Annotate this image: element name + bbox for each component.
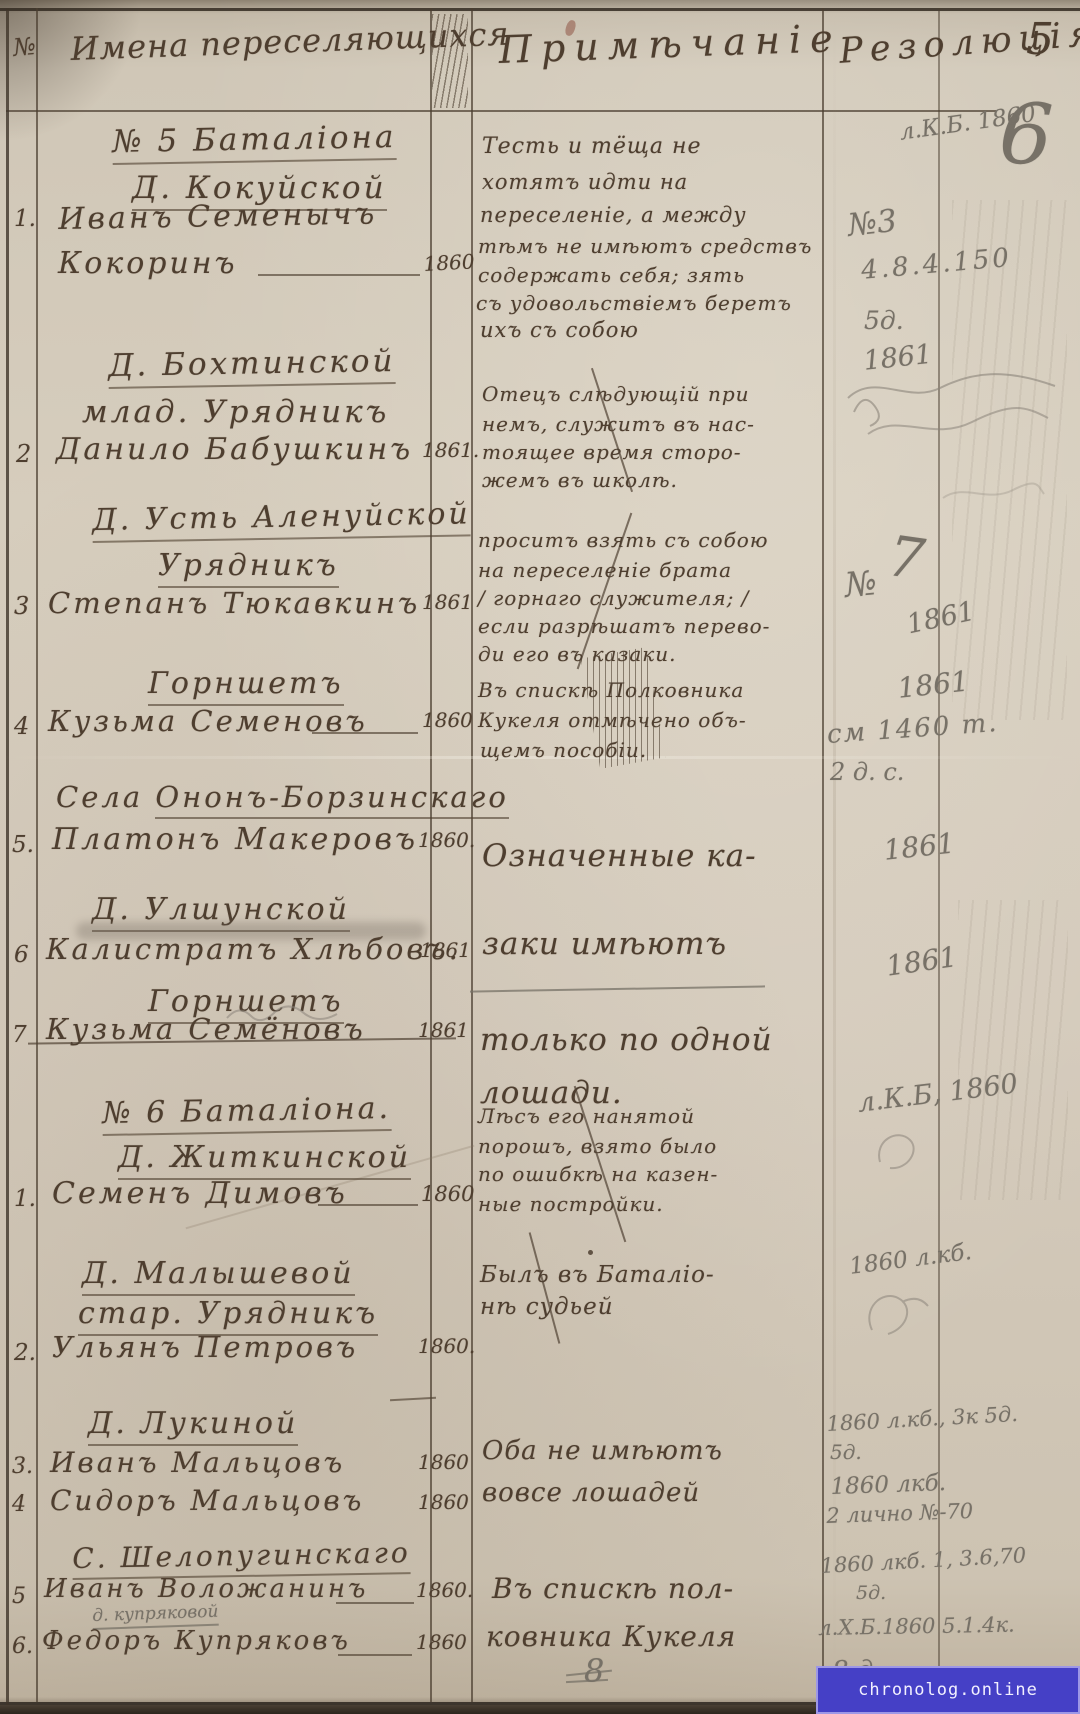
resolution-note: 1860 лкб. [830, 1470, 946, 1500]
resolution-note: 7 [884, 524, 928, 593]
note-line: Въ спискѣ пол- [492, 1572, 734, 1605]
entry-year: 1861 [420, 938, 471, 962]
entry-name: Федоръ Купряковъ [42, 1626, 351, 1656]
section-heading: № 6 Баталіона. [102, 1091, 391, 1136]
resolution-note: №3 [846, 203, 899, 244]
entry-number: 1. [14, 1186, 36, 1212]
resolution-note: 5д. [856, 1582, 886, 1604]
table-rule [6, 8, 9, 1705]
note-line: ∕ горнаго служителя; ∕ [478, 586, 749, 610]
note-line: только по одной [480, 1022, 773, 1058]
note-line: съ удовольствіемъ беретъ [476, 291, 792, 315]
rank-heading: Урядникъ [158, 548, 339, 588]
resolution-note: л.Х.Б.1860 5.1.4к. [818, 1613, 1015, 1640]
entry-name: Платонъ Макеровъ [52, 822, 418, 857]
entry-name: Сидоръ Мальцовъ [50, 1484, 364, 1517]
village-name: Ононъ-Борзинскаго [155, 780, 508, 819]
entry-name: Калистратъ Хлѣбовъ. [46, 932, 461, 966]
entry-name: Данило Бабушкинъ [56, 432, 413, 467]
ink-dot [588, 1250, 593, 1255]
resolution-note: см 1460 т. [826, 708, 999, 750]
strike-mark [529, 1232, 561, 1344]
page-number-ink: 5 [1026, 14, 1054, 65]
resolution-note: 2 д. с. [830, 758, 904, 786]
entry-number: 5. [12, 832, 34, 858]
note-line: хотятъ идти на [482, 170, 688, 194]
table-rule [6, 110, 996, 112]
entry-year: 1860 [418, 1490, 469, 1514]
note-line: немъ, служитъ въ нас- [482, 412, 755, 436]
resolution-note: 2 лично №-70 [826, 1499, 974, 1528]
pencil-line [470, 985, 765, 992]
entry-number: 1. [14, 206, 36, 232]
village-heading: Д. Усть Аленуйской [92, 496, 471, 543]
note-line: содержать себя; зять [478, 263, 745, 287]
table-rule [36, 8, 38, 1702]
village-heading: Села Ононъ-Борзинскаго [56, 780, 509, 814]
table-rule [0, 8, 1080, 11]
entry-number: 6. [12, 1634, 33, 1659]
entry-name: Иванъ Семенычъ [58, 196, 378, 237]
watermark: chronolog.online [816, 1666, 1080, 1714]
entry-number: 5 [12, 1584, 26, 1609]
ink-bleed [958, 900, 1068, 1200]
entry-year: 1860 [423, 249, 475, 276]
ink-dash [336, 1602, 414, 1604]
entry-year: 1860 [421, 1182, 474, 1206]
column-header-notes: Примѣчаніе [498, 16, 842, 72]
village-heading: Горншетъ [148, 666, 344, 706]
entry-name: Кокоринъ [58, 246, 238, 281]
note-line: ковника Кукеля [486, 1620, 736, 1653]
entry-year: 1860. [418, 828, 475, 852]
entry-name: Ульянъ Петровъ [52, 1330, 358, 1364]
entry-name: Иванъ Мальцовъ [50, 1446, 345, 1479]
resolution-note: 1860 л.кб., 3к 5д. [826, 1402, 1018, 1436]
note-line: по ошибкѣ на казен- [478, 1162, 718, 1186]
resolution-note: 1861 [882, 827, 956, 867]
table-rule [822, 8, 824, 1702]
ink-bleed [952, 200, 1067, 720]
entry-number: 4 [12, 1492, 26, 1517]
village-heading: Д. Лукиной [88, 1406, 298, 1446]
note-line: заки имѣютъ [482, 926, 727, 962]
entry-year: 1860. [418, 1334, 475, 1358]
pencil-scribble [868, 1122, 938, 1177]
note-line: ихъ съ собою [480, 318, 639, 342]
village-prefix: Села [56, 780, 143, 814]
entry-name: Степанъ Тюкавкинъ [48, 586, 420, 620]
column-header-number: № [12, 32, 37, 62]
note-line: переселеніе, а между [480, 203, 747, 227]
resolution-note: 1861 [884, 940, 959, 983]
village-heading: Д. Бохтинской [108, 343, 396, 389]
entry-year: 1861 [422, 590, 473, 614]
scanned-register-page: № Имена переселяющихся Примѣчаніе Резолю… [0, 0, 1080, 1714]
entry-number: 3. [12, 1454, 33, 1479]
note-line: Отецъ слѣдующій при [482, 382, 750, 406]
note-line: ные постройки. [478, 1192, 664, 1216]
entry-year: 1860. [416, 1578, 473, 1602]
entry-name: Иванъ Воложанинъ [44, 1574, 368, 1604]
entry-number: 7 [12, 1022, 27, 1048]
ink-dash [312, 732, 418, 734]
resolution-note: № [843, 563, 879, 606]
resolution-note: 1860 лкб. 1, 3.6,70 [820, 1543, 1027, 1578]
entry-number: 2. [14, 1340, 36, 1366]
resolution-note: 5д. [830, 1440, 862, 1464]
column-header-vertical-text [432, 14, 468, 108]
entry-year: 1861. [422, 438, 479, 462]
note-line: Оба не имѣютъ [482, 1436, 723, 1466]
note-line: вовсе лошадей [482, 1478, 700, 1508]
entry-name: Семенъ Димовъ [52, 1176, 348, 1211]
entry-year: 1860 [416, 1630, 467, 1654]
note-line: если разрѣшатъ перево- [478, 614, 770, 638]
entry-year: 1860 [422, 708, 473, 732]
resolution-note: 1860 л.кб. [848, 1239, 973, 1280]
watermark-text: chronolog.online [858, 1680, 1038, 1700]
village-heading: Д. Житкинской [118, 1140, 411, 1180]
rank-heading: млад. Урядникъ [82, 394, 389, 430]
ink-dash [318, 1204, 418, 1206]
entry-number: 6 [14, 942, 29, 968]
resolution-note: 5д. [864, 306, 904, 335]
ink-dash [338, 1654, 412, 1656]
note-line: тоящее время сторо- [482, 440, 742, 464]
pencil-scribble [938, 478, 1048, 508]
entry-number: 2 [16, 440, 31, 468]
note-line: Означенные ка- [482, 838, 757, 874]
section-heading: № 5 Баталіона [112, 119, 397, 165]
pencil-scribble [840, 360, 1065, 455]
note-line: Тесть и тёща не [482, 134, 702, 159]
entry-number: 3 [14, 592, 29, 620]
note-line: жемъ въ школѣ. [482, 468, 678, 492]
pencil-scribble [858, 1284, 933, 1344]
note-line: Былъ въ Баталіо- [480, 1262, 715, 1288]
note-line: на переселеніе брата [478, 558, 732, 582]
entry-number: 4 [14, 712, 29, 740]
note-line: тѣмъ не имѣютъ средствъ [478, 234, 812, 258]
entry-year: 1860 [418, 1450, 469, 1474]
village-heading: Д. Малышевой [82, 1256, 355, 1296]
page-number-pencil: 6 [997, 84, 1056, 185]
ink-dash [258, 274, 420, 276]
